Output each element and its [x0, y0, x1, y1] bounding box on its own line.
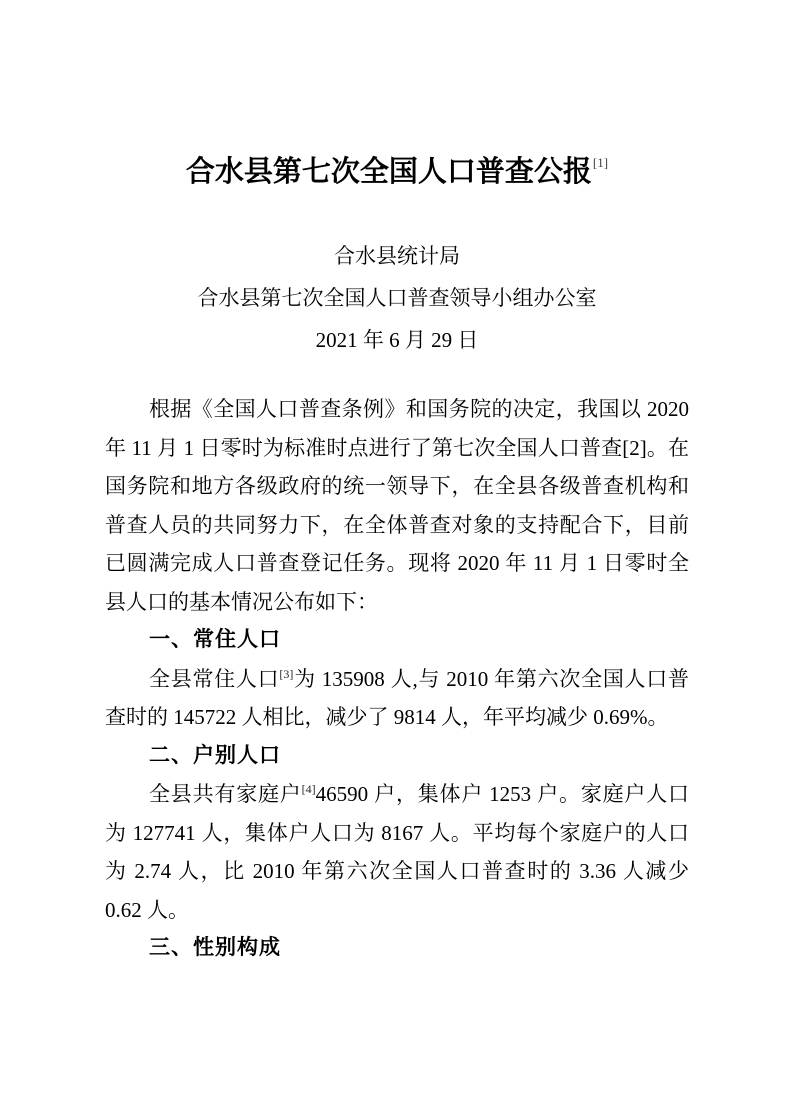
document-page: 合水县第七次全国人口普查公报[1] 合水县统计局 合水县第七次全国人口普查领导小… — [0, 0, 794, 1108]
body-paragraph: 全县共有家庭户[4]46590 户，集体户 1253 户。家庭户人口为 1277… — [105, 775, 689, 929]
document-title: 合水县第七次全国人口普查公报[1] — [105, 150, 689, 194]
footnote-ref: [3] — [279, 667, 293, 681]
document-content: 合水县第七次全国人口普查公报[1] 合水县统计局 合水县第七次全国人口普查领导小… — [105, 0, 689, 968]
byline-date: 2021 年 6 月 29 日 — [105, 319, 689, 361]
section-heading: 一、常住人口 — [105, 621, 689, 660]
section-heading: 三、性别构成 — [105, 929, 689, 968]
title-footnote-ref: [1] — [593, 155, 608, 170]
document-body: 根据《全国人口普查条例》和国务院的决定，我国以 2020 年 11 月 1 日零… — [105, 390, 689, 968]
section-heading: 二、户别人口 — [105, 737, 689, 776]
body-paragraph: 根据《全国人口普查条例》和国务院的决定，我国以 2020 年 11 月 1 日零… — [105, 390, 689, 621]
document-title-text: 合水县第七次全国人口普查公报 — [186, 156, 592, 188]
footnote-ref: [4] — [302, 782, 316, 796]
body-paragraph: 全县常住人口[3]为 135908 人,与 2010 年第六次全国人口普查时的 … — [105, 660, 689, 737]
byline-organization: 合水县统计局 — [105, 235, 689, 277]
byline: 合水县统计局 合水县第七次全国人口普查领导小组办公室 2021 年 6 月 29… — [105, 235, 689, 361]
byline-office: 合水县第七次全国人口普查领导小组办公室 — [105, 277, 689, 319]
